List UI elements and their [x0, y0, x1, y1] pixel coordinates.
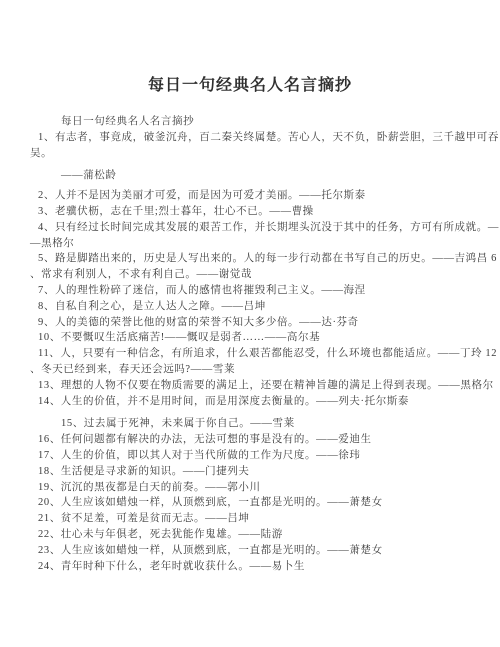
- quote-line-8: 8、自私自利之心，是立人达人之障。——吕坤: [30, 299, 470, 315]
- quote-line-24: 24、青年时种下什么，老年时就收获什么。——易卜生: [30, 559, 470, 575]
- document-title: 每日一句经典名人名言摘抄: [30, 72, 470, 95]
- body-heading: 每日一句经典名人名言摘抄: [30, 114, 470, 130]
- quote-line-11: 11、人，只要有一种信念，有所追求，什么艰苦都能忍受，什么环境也都能适应。——丁…: [30, 346, 470, 362]
- quote-line-3: 3、老骥伏枥，志在千里;烈士暮年，壮心不已。——曹操: [30, 204, 470, 220]
- quote-line-6: 、常求有利别人，不求有利自己。——谢觉哉: [30, 267, 470, 283]
- quote-line-9: 9、人的美德的荣誉比他的财富的荣誉不知大多少倍。——达·芬奇: [30, 315, 470, 331]
- quote-line-1: 1、有志者，事竟成，破釜沉舟，百二秦关终属楚。苦心人，天不负，卧薪尝胆，三千越甲…: [30, 130, 470, 146]
- quote-line-7: 7、人的理性粉碎了迷信，而人的感情也将摧毁利己主义。——海涅: [30, 283, 470, 299]
- quote-line-17: 17、人生的价值，即以其人对于当代所做的工作为尺度。——徐玮: [30, 448, 470, 464]
- quote-line-12: 、冬天已经到来，春天还会远吗?——雪莱: [30, 362, 470, 378]
- quote-line-10: 10、不要慨叹生活底痛苦!——慨叹是弱者……——高尔基: [30, 330, 470, 346]
- quote-line-22: 22、壮心未与年俱老，死去犹能作鬼雄。——陆游: [30, 527, 470, 543]
- quote-line-20: 20、人生应该如蜡烛一样，从顶燃到底，一直都是光明的。——萧楚女: [30, 495, 470, 511]
- author-line-pusongling: ——蒲松龄: [30, 168, 470, 184]
- quote-line-23: 23、人生应该如蜡烛一样，从顶燃到底，一直都是光明的。——萧楚女: [30, 543, 470, 559]
- quote-line-21: 21、贫不足羞，可羞是贫而无志。——吕坤: [30, 511, 470, 527]
- quote-line-18: 18、生活便是寻求新的知识。——门捷列夫: [30, 464, 470, 480]
- document-page: 每日一句经典名人名言摘抄 每日一句经典名人名言摘抄 1、有志者，事竟成，破釜沉舟…: [0, 0, 500, 647]
- quote-line-15: 15、过去属于死神，未来属于你自己。——雪莱: [30, 416, 470, 432]
- quote-line-4: 4、只有经过长时间完成其发展的艰苦工作，并长期埋头沉没于其中的任务，方可有所成就…: [30, 220, 470, 236]
- quote-line-14: 14、人生的价值，并不是用时间，而是用深度去衡量的。——列夫·托尔斯泰: [30, 394, 470, 410]
- quote-line-5: 5、路是脚踏出来的，历史是人写出来的。人的每一步行动都在书写自己的历史。——吉鸿…: [30, 251, 470, 267]
- quote-line-19: 19、沉沉的黑夜都是白天的前奏。——郭小川: [30, 480, 470, 496]
- quote-line-13: 13、理想的人物不仅要在物质需要的满足上，还要在精神旨趣的满足上得到表现。——黑…: [30, 378, 470, 394]
- quote-line-4-wrap: —黑格尔: [30, 236, 470, 252]
- quote-line-1-wrap: 吴。: [30, 146, 470, 162]
- quote-line-2: 2、人并不是因为美丽才可爱，而是因为可爱才美丽。——托尔斯泰: [30, 188, 470, 204]
- quote-line-16: 16、任何问题都有解决的办法，无法可想的事是没有的。——爱迪生: [30, 432, 470, 448]
